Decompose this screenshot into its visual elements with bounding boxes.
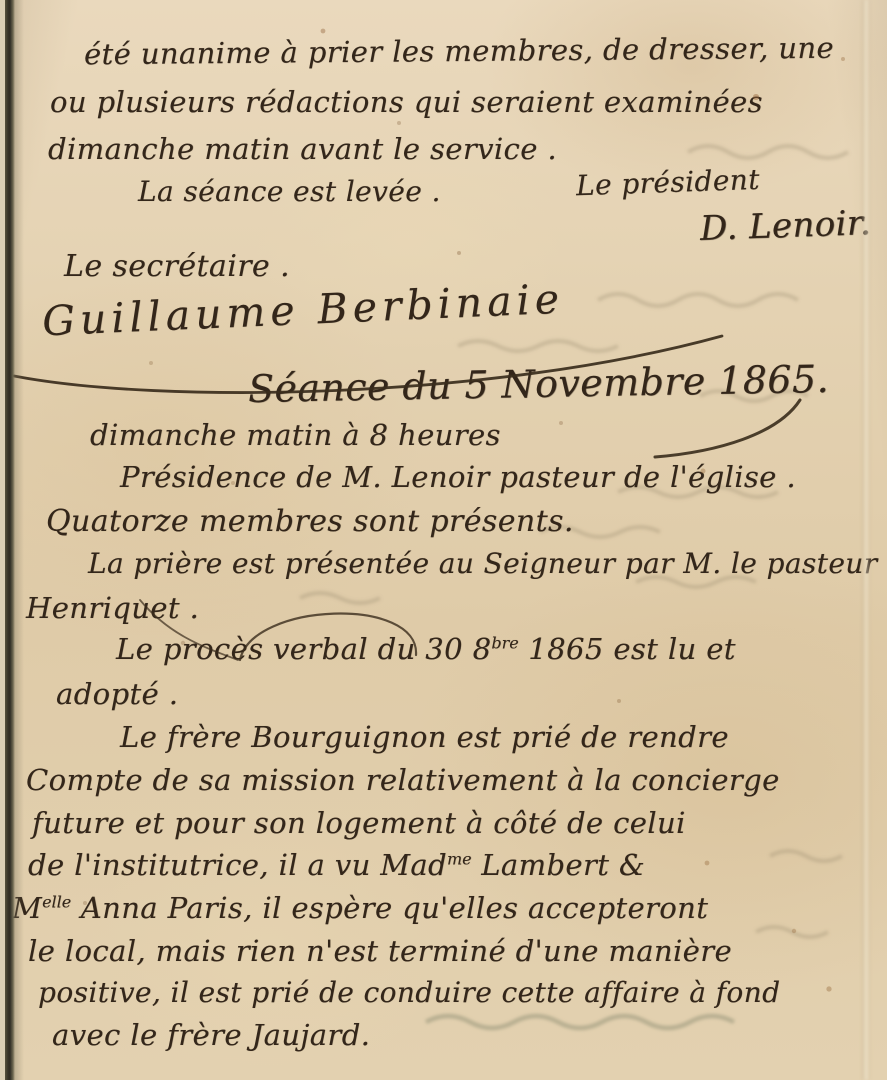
- minutes-superscript: bre: [491, 633, 518, 652]
- line-prev-2: ou plusieurs rédactions qui seraient exa…: [50, 87, 763, 119]
- line-item-1: Le frère Bourguignon est prié de rendre: [120, 722, 729, 754]
- secretary-label: Le secrétaire .: [64, 250, 290, 283]
- line-prev-3: dimanche matin avant le service .: [48, 134, 557, 166]
- line-item-3: future et pour son logement à côté de ce…: [32, 808, 686, 840]
- line-prayer-1: La prière est présentée au Seigneur par …: [88, 549, 878, 580]
- line-quorum: Quatorze membres sont présents.: [46, 505, 574, 538]
- line-item-8: avec le frère Jaujard.: [52, 1020, 370, 1052]
- line-prev-1: été unanime à prier les membres, de dres…: [84, 33, 834, 71]
- line-item-6: le local, mais rien n'est terminé d'une …: [28, 936, 732, 968]
- president-signature: D. Lenoir.: [699, 205, 871, 248]
- line-item-7: positive, il est prié de conduire cette …: [38, 978, 780, 1009]
- line-seance-levee: La séance est levée .: [138, 177, 441, 208]
- line-item-5: Melle Anna Paris, il espère qu'elles acc…: [12, 893, 708, 925]
- heading-dash-flourish: [655, 400, 800, 457]
- binding-edge: [0, 0, 26, 1080]
- line-item-2: Compte de sa mission relativement à la c…: [26, 765, 780, 797]
- session-time: dimanche matin à 8 heures: [90, 420, 501, 452]
- line-item-4: de l'institutrice, il a vu Madme Lambert…: [28, 850, 645, 882]
- item5-text-post: Anna Paris, il espère qu'elles acceptero…: [71, 891, 708, 925]
- manuscript-page: été unanime à prier les membres, de dres…: [0, 0, 887, 1080]
- item4-text-post: Lambert &: [472, 848, 646, 882]
- item5-superscript: elle: [42, 892, 71, 911]
- secretary-signature: Guillaume Berbinaie: [41, 277, 565, 345]
- line-adopte: adopté .: [56, 679, 178, 711]
- paper-crease: [862, 0, 870, 1080]
- line-minutes: Le procès verbal du 30 8bre 1865 est lu …: [116, 634, 736, 666]
- item4-superscript: me: [447, 849, 472, 868]
- session-heading: Séance du 5 Novembre 1865.: [248, 359, 830, 411]
- line-prayer-2: Henriquet .: [26, 593, 199, 625]
- item4-text-pre: de l'institutrice, il a vu Mad: [28, 848, 447, 882]
- line-presidence: Présidence de M. Lenoir pasteur de l'égl…: [120, 462, 796, 494]
- minutes-text-pre: Le procès verbal du 30 8: [116, 632, 491, 666]
- president-label: Le président: [576, 165, 761, 202]
- minutes-text-post: 1865 est lu et: [519, 632, 736, 666]
